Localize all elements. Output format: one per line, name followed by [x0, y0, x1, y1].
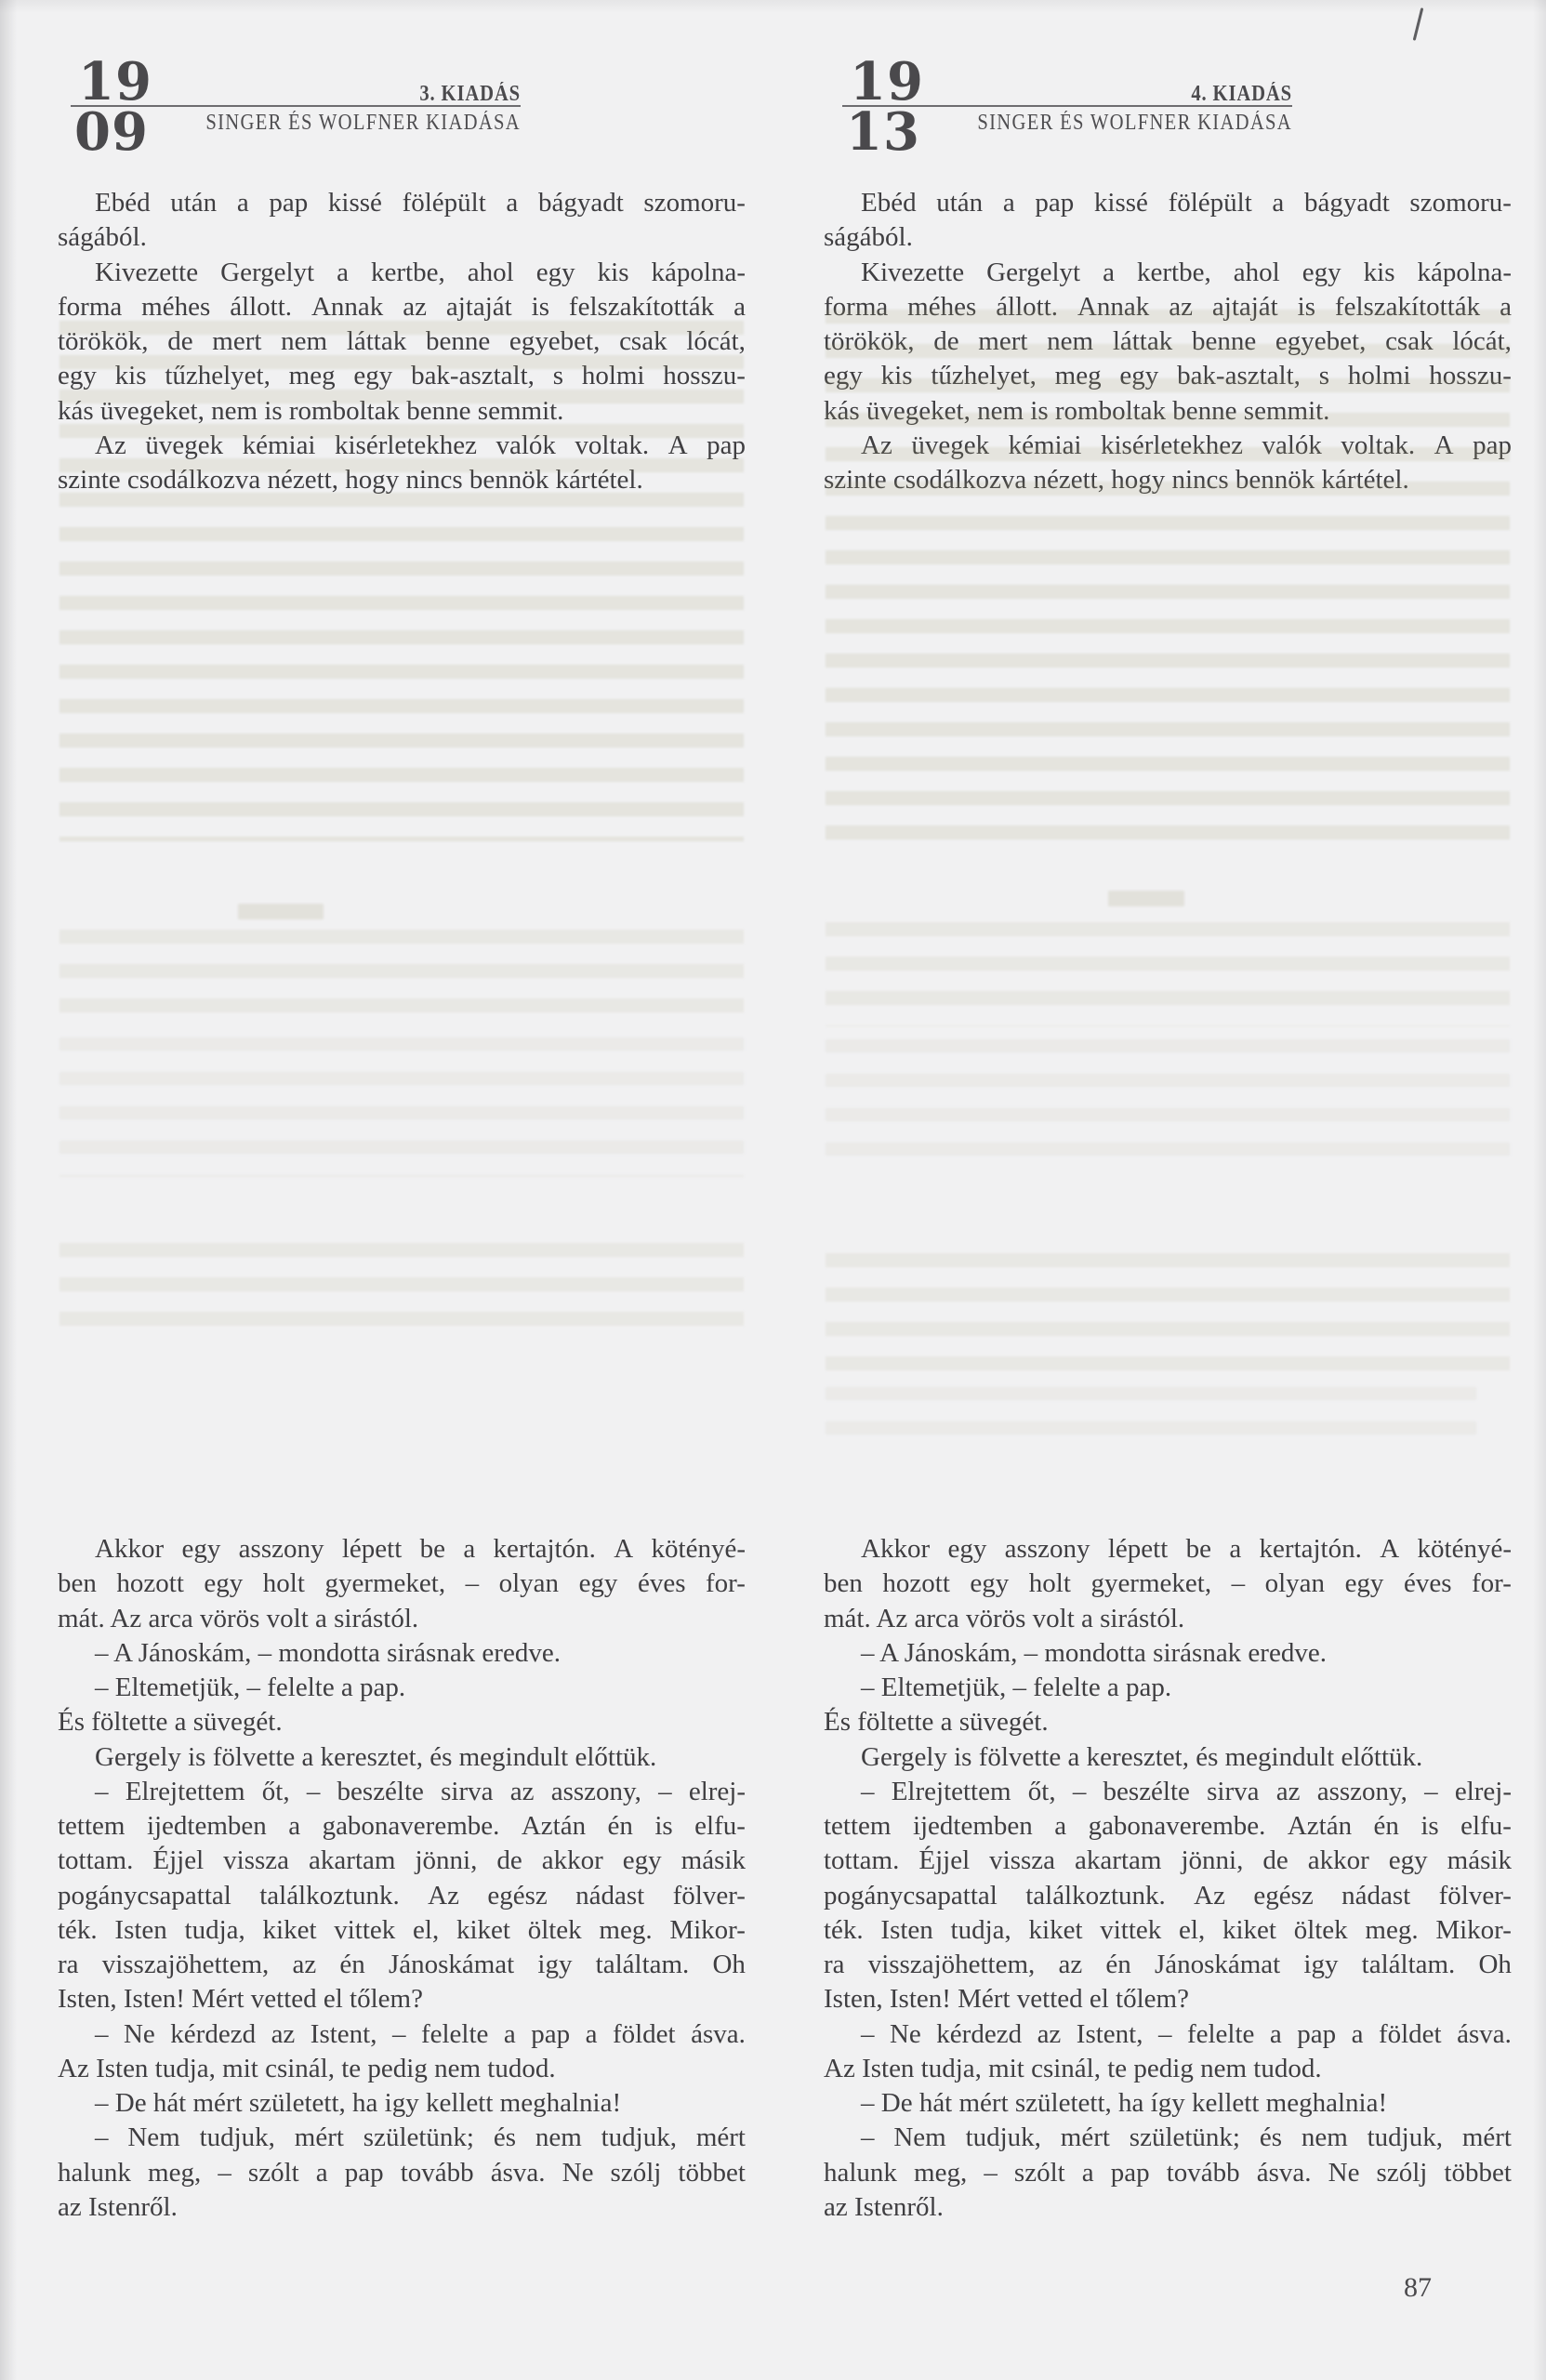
bleedthrough-text	[826, 922, 1510, 1026]
text-line: benhozottegyholtgyermeket,–olyanegyévesf…	[824, 1567, 1512, 1601]
bleedthrough-text	[826, 1253, 1510, 1374]
text-line: tottam.Éjjelvisszaakartamjönni,deakkoreg…	[58, 1844, 746, 1878]
text-line: Ebédutánapapkisséfölépültabágyadtszomoru…	[824, 186, 1512, 220]
paragraph: – Eltemetjük, – felelte a pap.	[824, 1671, 1512, 1705]
text-line: törökök,demertnemláttakbenneegyebet,csak…	[824, 324, 1512, 359]
page-number: 87	[1385, 2272, 1450, 2304]
text-line: KivezetteGergelytakertbe,aholegykiskápol…	[58, 256, 746, 290]
paragraph: – De hát mért született, ha így kellett …	[824, 2086, 1512, 2121]
text-line: ságából.	[824, 220, 1512, 255]
paragraph: KivezetteGergelytakertbe,aholegykiskápol…	[58, 256, 746, 429]
page-edge-shadow	[0, 0, 17, 2380]
paragraph: –Nemtudjuk,mértszületünk;ésnemtudjuk,mér…	[58, 2121, 746, 2225]
text-line: szinte csodálkozva nézett, hogy nincs be…	[824, 463, 1512, 497]
text-line: mát. Az arca vörös volt a sirástól.	[824, 1602, 1512, 1636]
text-line: És föltette a süvegét.	[58, 1705, 746, 1739]
paragraph: Ebédutánapapkisséfölépültabágyadtszomoru…	[58, 186, 746, 256]
text-line: Akkoregyasszonylépettbeakertajtón.Akötén…	[58, 1532, 746, 1567]
bleedthrough-text	[59, 1038, 744, 1177]
scanned-book-spread: { "colors": { "background": "#f1f1f2", "…	[0, 0, 1546, 2380]
right-text-block-2: Akkoregyasszonylépettbeakertajtón.Akötén…	[824, 1532, 1512, 2225]
paragraph: Azüvegekkémiaikisérletekhezvalókvoltak.A…	[58, 429, 746, 498]
text-line: –Elrejtettemőt,–beszéltesirvaazasszony,–…	[824, 1775, 1512, 1809]
text-line: –NekérdezdazIstent,–felelteapapaföldetás…	[824, 2017, 1512, 2052]
paragraph: És föltette a süvegét.	[58, 1705, 746, 1739]
paragraph: Azüvegekkémiaikisérletekhezvalókvoltak.A…	[824, 429, 1512, 498]
text-line: egykistűzhelyet,megegybak-asztalt,sholmi…	[824, 359, 1512, 393]
text-line: formaméhesállott.Annakazajtajátisfelszak…	[824, 290, 1512, 324]
paragraph: – A Jánoskám, – mondotta sirásnak eredve…	[58, 1636, 746, 1671]
text-line: pogánycsapattaltalálkoztunk.Azegésznádas…	[58, 1879, 746, 1913]
text-line: – De hát mért született, ha így kellett …	[824, 2086, 1512, 2121]
text-line: Isten, Isten! Mért vetted el tőlem?	[824, 1982, 1512, 2016]
text-line: Gergely is fölvette a keresztet, és megi…	[58, 1740, 746, 1775]
bleedthrough-text	[826, 1387, 1476, 1454]
text-line: – Eltemetjük, – felelte a pap.	[824, 1671, 1512, 1705]
text-line: – A Jánoskám, – mondotta sirásnak eredve…	[824, 1636, 1512, 1671]
paragraph: Akkoregyasszonylépettbeakertajtón.Akötén…	[58, 1532, 746, 1636]
paragraph: –Nemtudjuk,mértszületünk;ésnemtudjuk,mér…	[824, 2121, 1512, 2225]
text-line: ték.Istentudja,kiketvittekel,kiketöltekm…	[58, 1913, 746, 1948]
bleedthrough-text	[1108, 891, 1184, 906]
text-line: Akkoregyasszonylépettbeakertajtón.Akötén…	[824, 1532, 1512, 1567]
text-line: tettemijedtembenagabonaverembe.Aztánénis…	[58, 1809, 746, 1844]
paragraph: – De hát mért született, ha igy kellett …	[58, 2086, 746, 2121]
right-page-header: 19 13 4. KIADÁS SINGER ÉS WOLFNER KIADÁS…	[772, 0, 1546, 167]
right-edition-label: 4. KIADÁS	[972, 82, 1292, 107]
text-line: kás üvegeket, nem is romboltak benne sem…	[824, 394, 1512, 429]
text-line: –Nemtudjuk,mértszületünk;ésnemtudjuk,mér…	[58, 2121, 746, 2155]
paragraph: –Elrejtettemőt,–beszéltesirvaazasszony,–…	[824, 1775, 1512, 2017]
text-line: kás üvegeket, nem is romboltak benne sem…	[58, 394, 746, 429]
paragraph: Ebédutánapapkisséfölépültabágyadtszomoru…	[824, 186, 1512, 256]
text-line: Azüvegekkémiaikisérletekhezvalókvoltak.A…	[58, 429, 746, 463]
text-line: KivezetteGergelytakertbe,aholegykiskápol…	[824, 256, 1512, 290]
paragraph: –NekérdezdazIstent,–felelteapapaföldetás…	[58, 2017, 746, 2087]
paragraph: Gergely is fölvette a keresztet, és megi…	[824, 1740, 1512, 1775]
paragraph: Akkoregyasszonylépettbeakertajtón.Akötén…	[824, 1532, 1512, 1636]
bleedthrough-text	[238, 904, 324, 919]
text-line: Az Isten tudja, mit csinál, te pedig nem…	[58, 2052, 746, 2086]
text-line: mát. Az arca vörös volt a sirástól.	[58, 1602, 746, 1636]
paragraph: – Eltemetjük, – felelte a pap.	[58, 1671, 746, 1705]
text-line: – Eltemetjük, – felelte a pap.	[58, 1671, 746, 1705]
right-publisher-label: SINGER ÉS WOLFNER KIADÁSA	[972, 111, 1292, 136]
text-line: pogánycsapattaltalálkoztunk.Azegésznádas…	[824, 1879, 1512, 1913]
left-page-header: 19 09 3. KIADÁS SINGER ÉS WOLFNER KIADÁS…	[0, 0, 772, 167]
text-line: – A Jánoskám, – mondotta sirásnak eredve…	[58, 1636, 746, 1671]
text-line: Isten, Isten! Mért vetted el tőlem?	[58, 1982, 746, 2016]
left-year-bottom: 09	[74, 110, 149, 154]
right-year-bottom: 13	[846, 110, 920, 154]
bleedthrough-text	[59, 1243, 744, 1332]
text-line: egykistűzhelyet,megegybak-asztalt,sholmi…	[58, 359, 746, 393]
text-line: halunkmeg,–szóltapaptovábbásva.Neszóljtö…	[58, 2156, 746, 2190]
left-text-block-2: Akkoregyasszonylépettbeakertajtón.Akötén…	[58, 1532, 746, 2225]
text-line: Ebédutánapapkisséfölépültabágyadtszomoru…	[58, 186, 746, 220]
text-line: tottam.Éjjelvisszaakartamjönni,deakkoreg…	[824, 1844, 1512, 1878]
text-line: – De hát mért született, ha igy kellett …	[58, 2086, 746, 2121]
text-line: formaméhesállott.Annakazajtajátisfelszak…	[58, 290, 746, 324]
left-publisher-label: SINGER ÉS WOLFNER KIADÁSA	[201, 111, 521, 136]
left-edition-label: 3. KIADÁS	[201, 82, 521, 107]
text-line: –Nemtudjuk,mértszületünk;ésnemtudjuk,mér…	[824, 2121, 1512, 2155]
text-line: ságából.	[58, 220, 746, 255]
text-line: halunkmeg,–szóltapaptovábbásva.Neszóljtö…	[824, 2156, 1512, 2190]
paragraph: Gergely is fölvette a keresztet, és megi…	[58, 1740, 746, 1775]
left-text-block-1: Ebédutánapapkisséfölépültabágyadtszomoru…	[58, 186, 746, 497]
page-edge-shadow	[1533, 0, 1546, 2380]
text-line: az Istenről.	[58, 2190, 746, 2225]
bleedthrough-text	[826, 1039, 1510, 1177]
text-line: Azüvegekkémiaikisérletekhezvalókvoltak.A…	[824, 429, 1512, 463]
text-line: szinte csodálkozva nézett, hogy nincs be…	[58, 463, 746, 497]
paragraph: –NekérdezdazIstent,–felelteapapaföldetás…	[824, 2017, 1512, 2087]
text-line: ravisszajöhettem,azénJánoskámatigytalált…	[824, 1948, 1512, 1982]
paragraph: És föltette a süvegét.	[824, 1705, 1512, 1739]
text-line: ték.Istentudja,kiketvittekel,kiketöltekm…	[824, 1913, 1512, 1948]
paragraph: KivezetteGergelytakertbe,aholegykiskápol…	[824, 256, 1512, 429]
text-line: törökök,demertnemláttakbenneegyebet,csak…	[58, 324, 746, 359]
text-line: –Elrejtettemőt,–beszéltesirvaazasszony,–…	[58, 1775, 746, 1809]
text-line: Gergely is fölvette a keresztet, és megi…	[824, 1740, 1512, 1775]
text-line: És föltette a süvegét.	[824, 1705, 1512, 1739]
paragraph: – A Jánoskám, – mondotta sirásnak eredve…	[824, 1636, 1512, 1671]
text-line: –NekérdezdazIstent,–felelteapapaföldetás…	[58, 2017, 746, 2052]
text-line: tettemijedtembenagabonaverembe.Aztánénis…	[824, 1809, 1512, 1844]
right-year-top: 19	[850, 59, 924, 104]
bleedthrough-text	[59, 930, 744, 1030]
right-text-block-1: Ebédutánapapkisséfölépültabágyadtszomoru…	[824, 186, 1512, 497]
left-year-top: 19	[78, 59, 152, 104]
paragraph: –Elrejtettemőt,–beszéltesirvaazasszony,–…	[58, 1775, 746, 2017]
text-line: ravisszajöhettem,azénJánoskámatigytalált…	[58, 1948, 746, 1982]
text-line: Az Isten tudja, mit csinál, te pedig nem…	[824, 2052, 1512, 2086]
text-line: az Istenről.	[824, 2190, 1512, 2225]
text-line: benhozottegyholtgyermeket,–olyanegyévesf…	[58, 1567, 746, 1601]
